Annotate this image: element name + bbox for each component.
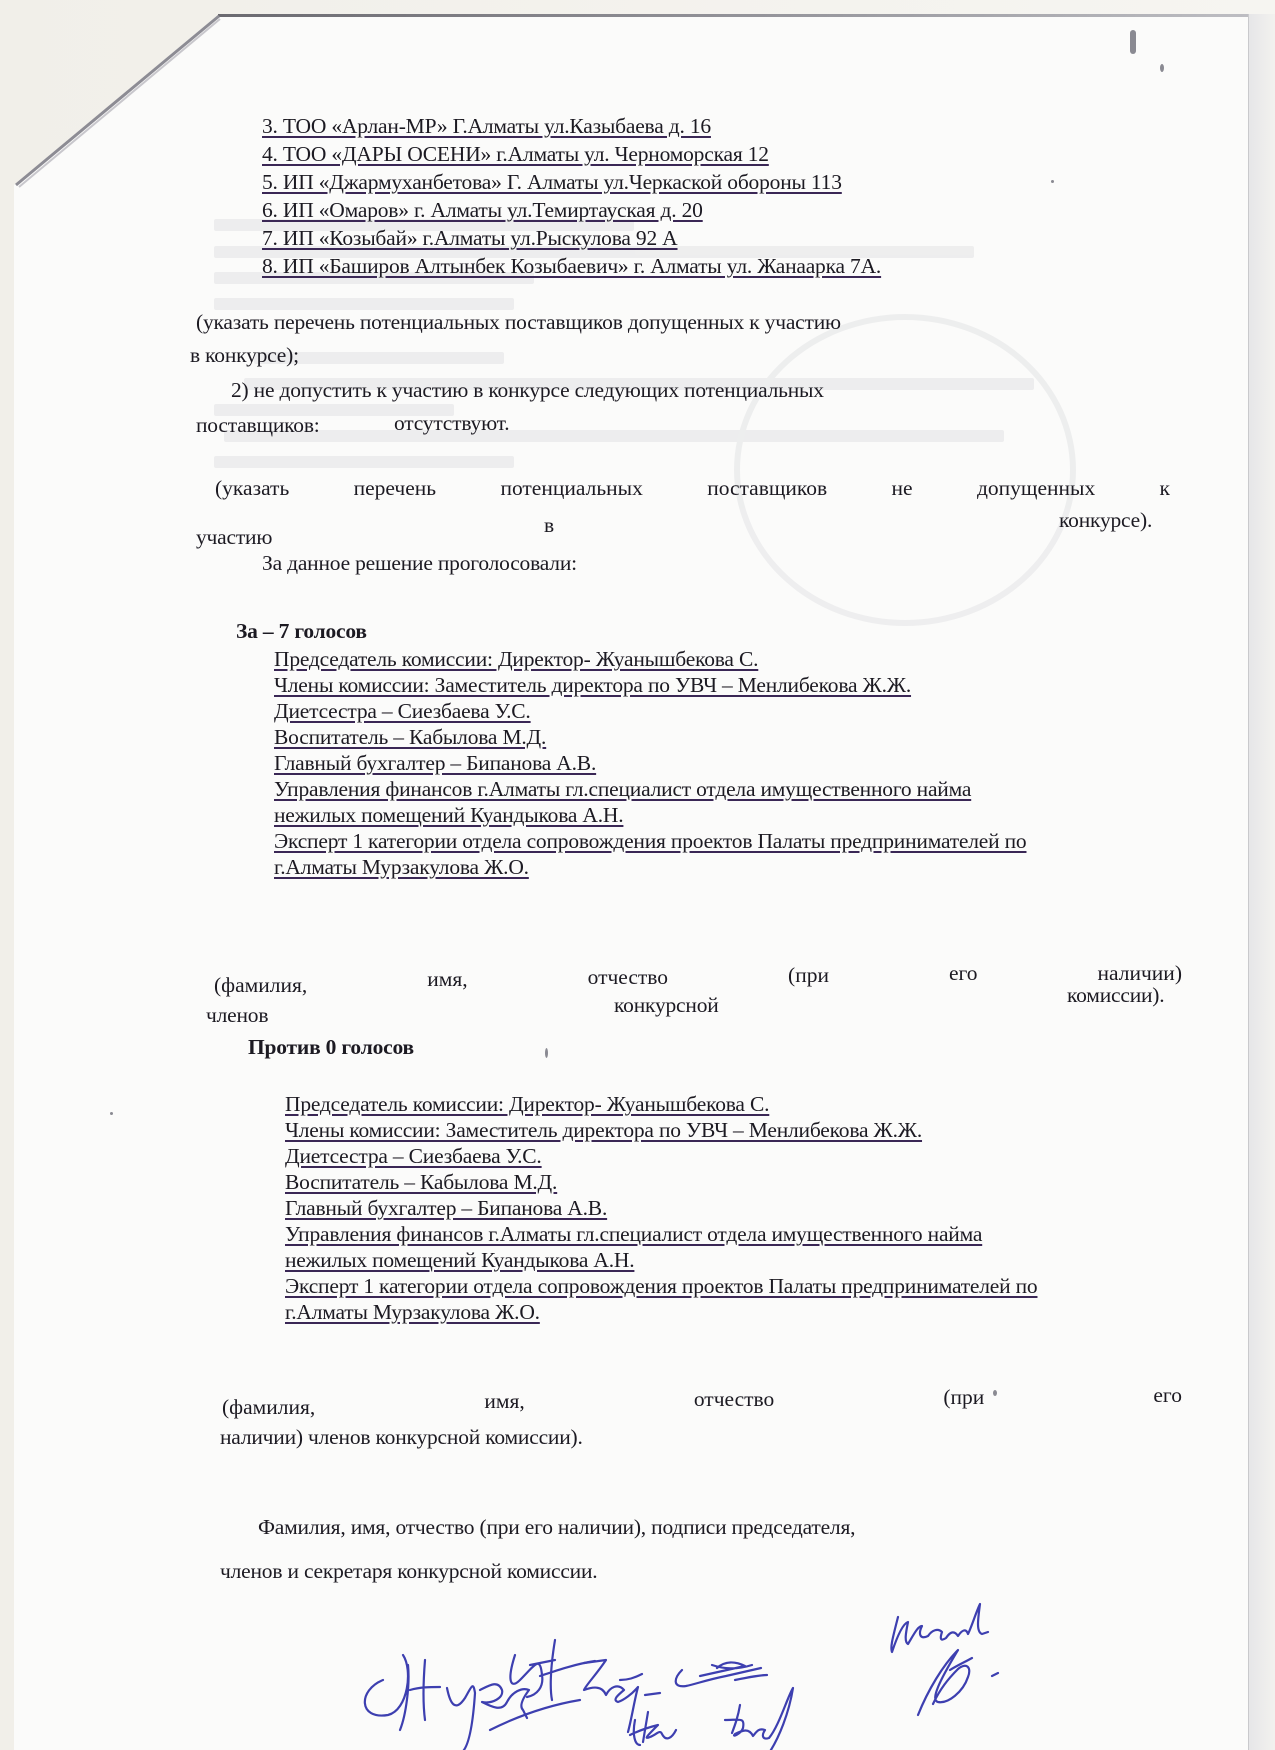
note-word: отчество <box>694 1389 774 1419</box>
note-word: потенциальных <box>500 478 642 500</box>
member-item: нежилых помещений Куандыкова А.Н. <box>285 1250 634 1272</box>
member-item: Председатель комиссии: Директор- Жуанышб… <box>285 1094 769 1116</box>
not-admitted-line1: 2) не допустить к участию в конкурсе сле… <box>231 380 824 402</box>
vote-intro: За данное решение проголосовали: <box>262 553 577 575</box>
note-word: конкурсной <box>614 995 719 1017</box>
note-word: (при <box>943 1387 984 1419</box>
member-item: г.Алматы Мурзакулова Ж.О. <box>274 857 529 879</box>
note-word: имя, <box>427 969 467 997</box>
scan-speck <box>545 1048 548 1058</box>
member-item: Диетсестра – Сиезбаева У.С. <box>285 1146 542 1168</box>
member-item: Главный бухгалтер – Бипанова А.В. <box>285 1198 607 1220</box>
votes-against-note-line2: наличии) членов конкурсной комиссии). <box>220 1427 583 1449</box>
scan-speck <box>1160 64 1164 72</box>
note-word: в <box>544 515 554 537</box>
note-word: (указать <box>215 478 289 500</box>
admitted-note-line1: (указать перечень потенциальных поставщи… <box>196 312 841 334</box>
signatures-caption-line1: Фамилия, имя, отчество (при его наличии)… <box>258 1517 855 1539</box>
supplier-item: 3. ТОО «Арлан-МР» Г.Алматы ул.Казыбаева … <box>262 116 711 138</box>
votes-against-note-line1: (фамилия, имя, отчество (при его <box>222 1385 1182 1419</box>
supplier-item: 7. ИП «Козыбай» г.Алматы ул.Рыскулова 92… <box>262 228 678 250</box>
member-item: Эксперт 1 категории отдела сопровождения… <box>274 831 1026 853</box>
not-admitted-value: отсутствуют. <box>394 413 509 435</box>
note-word: комиссии). <box>1067 985 1164 1007</box>
member-item: г.Алматы Мурзакулова Ж.О. <box>285 1302 540 1324</box>
member-item: Эксперт 1 категории отдела сопровождения… <box>285 1276 1037 1298</box>
not-admitted-note-line1: (указать перечень потенциальных поставщи… <box>215 478 1170 500</box>
member-item: Воспитатель – Кабылова М.Д. <box>285 1172 557 1194</box>
not-admitted-label: поставщиков: <box>196 415 320 437</box>
note-word: не <box>892 478 913 500</box>
votes-against-heading: Против 0 голосов <box>248 1037 414 1059</box>
member-item: Управления финансов г.Алматы гл.специали… <box>285 1224 982 1246</box>
note-word: членов <box>206 1005 268 1027</box>
member-item: Диетсестра – Сиезбаева У.С. <box>274 701 531 723</box>
member-item: Члены комиссии: Заместитель директора по… <box>285 1120 922 1142</box>
note-word: перечень <box>354 478 436 500</box>
note-word: участию <box>196 527 272 549</box>
member-item: Управления финансов г.Алматы гл.специали… <box>274 779 971 801</box>
scanner-edge-strip <box>1248 14 1275 1750</box>
note-word: его <box>949 963 978 997</box>
note-word: к <box>1160 478 1170 500</box>
scan-speck <box>1051 180 1054 183</box>
note-word: (фамилия, <box>222 1397 315 1419</box>
sheet-top-edge <box>218 14 1248 17</box>
supplier-item: 8. ИП «Баширов Алтынбек Козыбаевич» г. А… <box>262 256 881 278</box>
note-word: (при <box>788 965 829 997</box>
member-item: Председатель комиссии: Директор- Жуанышб… <box>274 649 758 671</box>
supplier-item: 4. ТОО «ДАРЫ ОСЕНИ» г.Алматы ул. Черномо… <box>262 144 769 166</box>
note-word: конкурсе). <box>1059 510 1152 532</box>
scan-speck <box>110 1112 113 1115</box>
admitted-note-line2: в конкурсе); <box>190 345 299 367</box>
member-item: Воспитатель – Кабылова М.Д. <box>274 727 546 749</box>
supplier-item: 6. ИП «Омаров» г. Алматы ул.Темиртауская… <box>262 200 703 222</box>
scan-speck <box>1130 30 1136 54</box>
votes-for-heading: За – 7 голосов <box>236 621 367 643</box>
note-word: имя, <box>484 1391 524 1419</box>
member-item: Члены комиссии: Заместитель директора по… <box>274 675 911 697</box>
note-word: его <box>1153 1385 1182 1419</box>
member-item: нежилых помещений Куандыкова А.Н. <box>274 805 623 827</box>
note-word: поставщиков <box>707 478 827 500</box>
signatures-caption-line2: членов и секретаря конкурсной комиссии. <box>220 1561 597 1583</box>
votes-for-note-line1: (фамилия, имя, отчество (при его наличии… <box>214 963 1182 997</box>
note-word: (фамилия, <box>214 975 307 997</box>
note-word: допущенных <box>977 478 1095 500</box>
member-item: Главный бухгалтер – Бипанова А.В. <box>274 753 596 775</box>
supplier-item: 5. ИП «Джармуханбетова» Г. Алматы ул.Чер… <box>262 172 842 194</box>
